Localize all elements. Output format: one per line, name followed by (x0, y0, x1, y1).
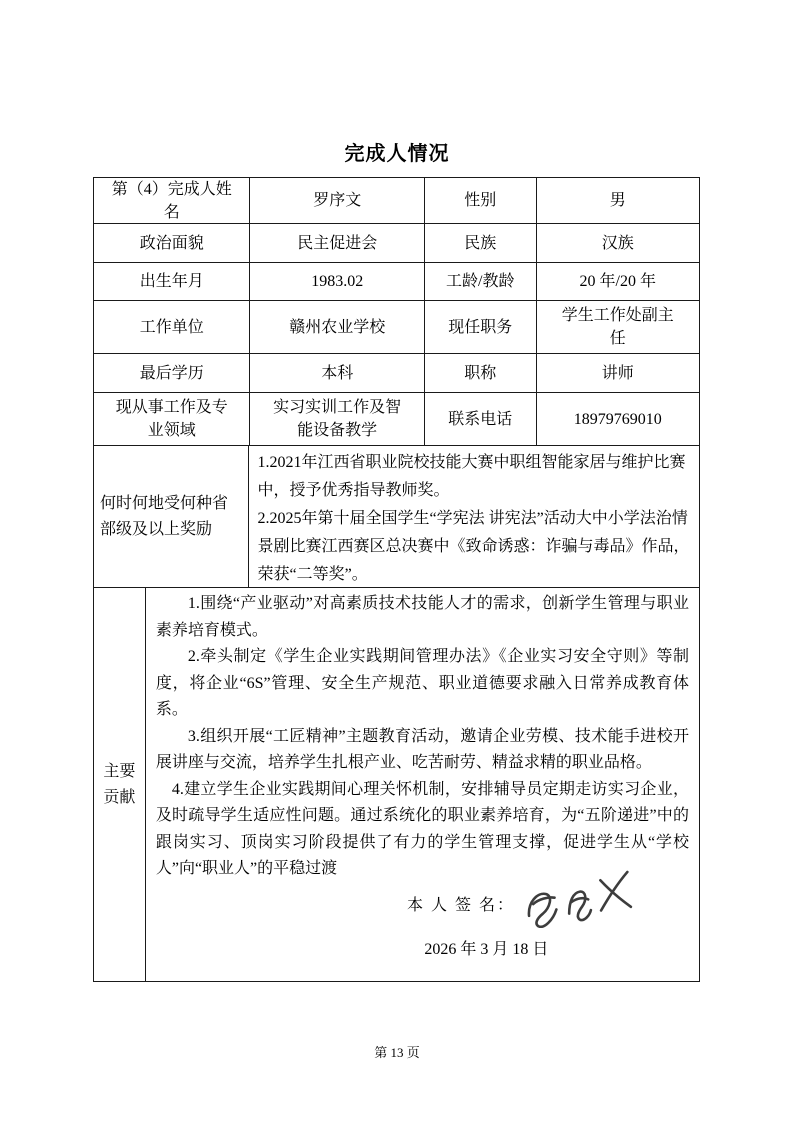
label-birth-date: 出生年月 (94, 263, 250, 300)
value-ethnicity: 汉族 (537, 224, 699, 262)
contribution-paragraph: 4.建立学生企业实践期间心理关怀机制，安排辅导员定期走访实习企业，及时疏导学生适… (156, 777, 689, 883)
row-name-gender: 第（4）完成人姓名 罗序文 性别 男 (94, 178, 699, 224)
row-contributions: 主要贡献 1.围绕“产业驱动”对高素质技术技能人才的需求，创新学生管理与职业素养… (94, 588, 699, 981)
row-field-phone: 现从事工作及专业领域 实习实训工作及智能设备教学 联系电话 1897976901… (94, 393, 699, 446)
label-political-status: 政治面貌 (94, 224, 250, 262)
label-awards: 何时何地受何种省部级及以上奖励 (94, 446, 249, 587)
value-last-education: 本科 (250, 354, 424, 392)
value-contact-phone: 18979769010 (537, 393, 699, 445)
contribution-paragraph: 1.围绕“产业驱动”对高素质技术技能人才的需求，创新学生管理与职业素养培育模式。 (156, 591, 689, 644)
label-ethnicity: 民族 (425, 224, 537, 262)
label-main-contributions: 主要贡献 (94, 588, 146, 981)
label-gender: 性别 (425, 178, 537, 223)
signature-date: 2026 年 3 月 18 日 (156, 937, 689, 964)
page-title: 完成人情况 (0, 137, 794, 166)
signature-label: 本 人 签 名： (407, 893, 515, 920)
label-professional-title: 职称 (425, 354, 537, 392)
label-seniority: 工龄/教龄 (425, 263, 537, 300)
page-number: 第 13 页 (0, 1042, 794, 1061)
signature-handwriting (519, 870, 637, 928)
contribution-paragraph: 3.组织开展“工匠精神”主题教育活动，邀请企业劳模、技术能手进校开展讲座与交流，… (156, 724, 689, 777)
contribution-paragraph: 2.牵头制定《学生企业实践期间管理办法》《企业实习安全守则》等制度，将企业“6S… (156, 644, 689, 724)
value-seniority: 20 年/20 年 (537, 263, 699, 300)
label-completer-name: 第（4）完成人姓名 (94, 178, 250, 223)
award-item: 2.2025年第十届全国学生“学宪法 讲宪法”活动大中小学法治情景剧比赛江西赛区… (258, 505, 692, 589)
value-current-field: 实习实训工作及智能设备教学 (250, 393, 424, 445)
row-workunit-position: 工作单位 赣州农业学校 现任职务 学生工作处副主任 (94, 301, 699, 354)
value-awards: 1.2021年江西省职业院校技能大赛中职组智能家居与维护比赛中，授予优秀指导教师… (249, 446, 700, 587)
completer-info-table: 第（4）完成人姓名 罗序文 性别 男 政治面貌 民主促进会 民族 汉族 出生年月… (93, 177, 700, 982)
label-contact-phone: 联系电话 (425, 393, 537, 445)
label-work-unit: 工作单位 (94, 301, 250, 353)
value-completer-name: 罗序文 (250, 178, 424, 223)
label-current-field: 现从事工作及专业领域 (94, 393, 250, 445)
value-current-position: 学生工作处副主任 (537, 301, 699, 353)
label-current-position: 现任职务 (425, 301, 537, 353)
value-main-contributions: 1.围绕“产业驱动”对高素质技术技能人才的需求，创新学生管理与职业素养培育模式。… (146, 588, 699, 981)
award-item: 1.2021年江西省职业院校技能大赛中职组智能家居与维护比赛中，授予优秀指导教师… (258, 449, 692, 505)
row-birth-seniority: 出生年月 1983.02 工龄/教龄 20 年/20 年 (94, 263, 699, 301)
row-awards: 何时何地受何种省部级及以上奖励 1.2021年江西省职业院校技能大赛中职组智能家… (94, 446, 699, 588)
label-last-education: 最后学历 (94, 354, 250, 392)
document-page: 完成人情况 第（4）完成人姓名 罗序文 性别 男 政治面貌 民主促进会 民族 汉… (0, 0, 794, 1123)
value-gender: 男 (537, 178, 699, 223)
value-professional-title: 讲师 (537, 354, 699, 392)
value-political-status: 民主促进会 (250, 224, 424, 262)
value-work-unit: 赣州农业学校 (250, 301, 424, 353)
value-birth-date: 1983.02 (250, 263, 424, 300)
row-politics-ethnicity: 政治面貌 民主促进会 民族 汉族 (94, 224, 699, 263)
signature-line: 本 人 签 名： (156, 885, 689, 929)
row-education-title: 最后学历 本科 职称 讲师 (94, 354, 699, 393)
